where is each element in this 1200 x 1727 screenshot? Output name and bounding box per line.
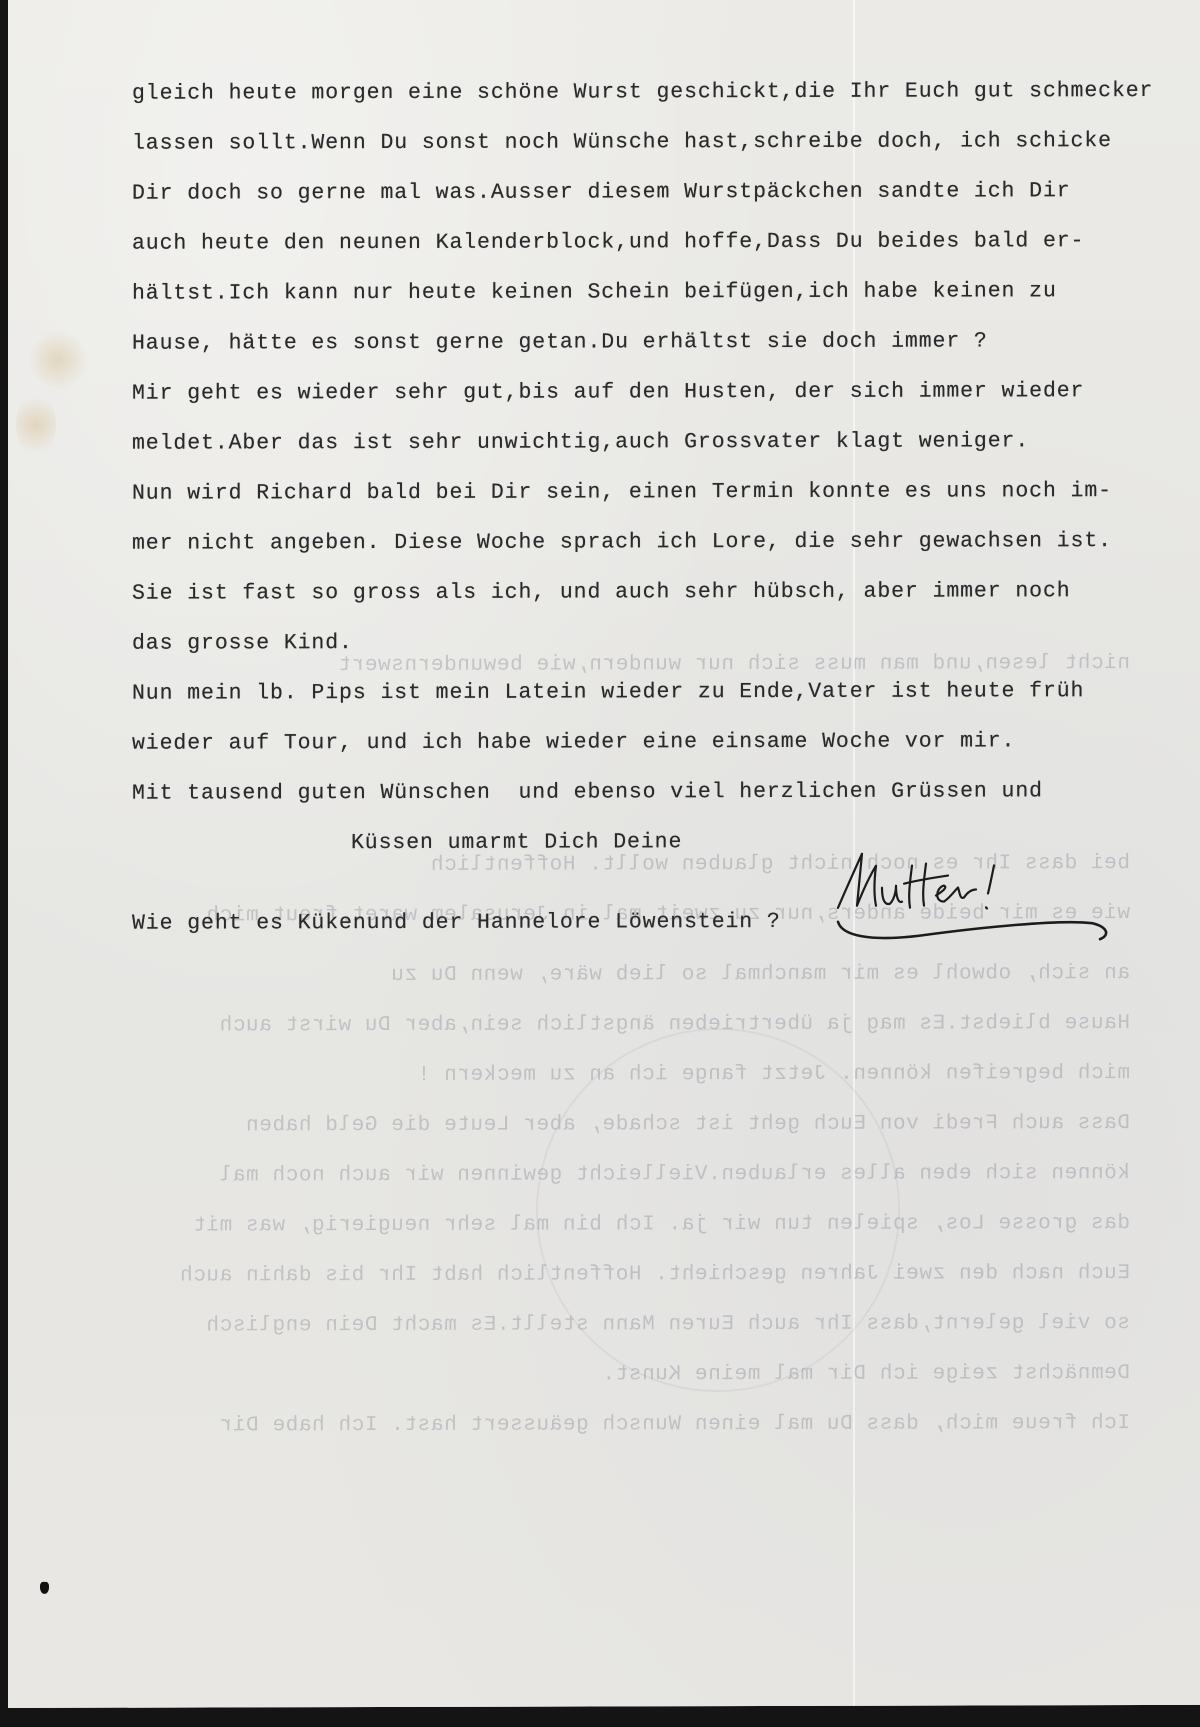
- letter-line: Nun wird Richard bald bei Dir sein, eine…: [132, 479, 1112, 506]
- letter-line: mer nicht angeben. Diese Woche sprach ic…: [132, 529, 1112, 556]
- letter-closing: Küssen umarmt Dich Deine: [351, 830, 682, 855]
- letter-line: Dir doch so gerne mal was.Ausser diesem …: [132, 179, 1071, 205]
- letter-line: gleich heute morgen eine schöne Wurst ge…: [132, 79, 1153, 106]
- letter-line: meldet.Aber das ist sehr unwichtig,auch …: [132, 429, 1029, 455]
- letter-line: auch heute den neunen Kalenderblock,und …: [132, 229, 1084, 255]
- letter-line: hältst.Ich kann nur heute keinen Schein …: [132, 279, 1057, 305]
- letter-line: Hause, hätte es sonst gerne getan.Du erh…: [132, 329, 988, 355]
- letter-paper: nicht lesen,und man muss sich nur wunder…: [8, 0, 1200, 1708]
- letter-line: Mit tausend guten Wünschen und ebenso vi…: [132, 779, 1043, 805]
- letter-line: Nun mein lb. Pips ist mein Latein wieder…: [132, 679, 1084, 705]
- handwritten-signature-mutter: [830, 835, 1130, 946]
- letter-line: Sie ist fast so gross als ich, und auch …: [132, 579, 1071, 605]
- letter-line: wieder auf Tour, und ich habe wieder ein…: [132, 729, 1015, 755]
- letter-line: Mir geht es wieder sehr gut,bis auf den …: [132, 379, 1084, 405]
- letter-line: das grosse Kind.: [132, 631, 353, 656]
- ink-blot-mark: [40, 1582, 49, 1594]
- letter-postscript: Wie geht es Kükenund der Hannelore Löwen…: [132, 910, 781, 936]
- letter-line: lassen sollt.Wenn Du sonst noch Wünsche …: [132, 129, 1112, 156]
